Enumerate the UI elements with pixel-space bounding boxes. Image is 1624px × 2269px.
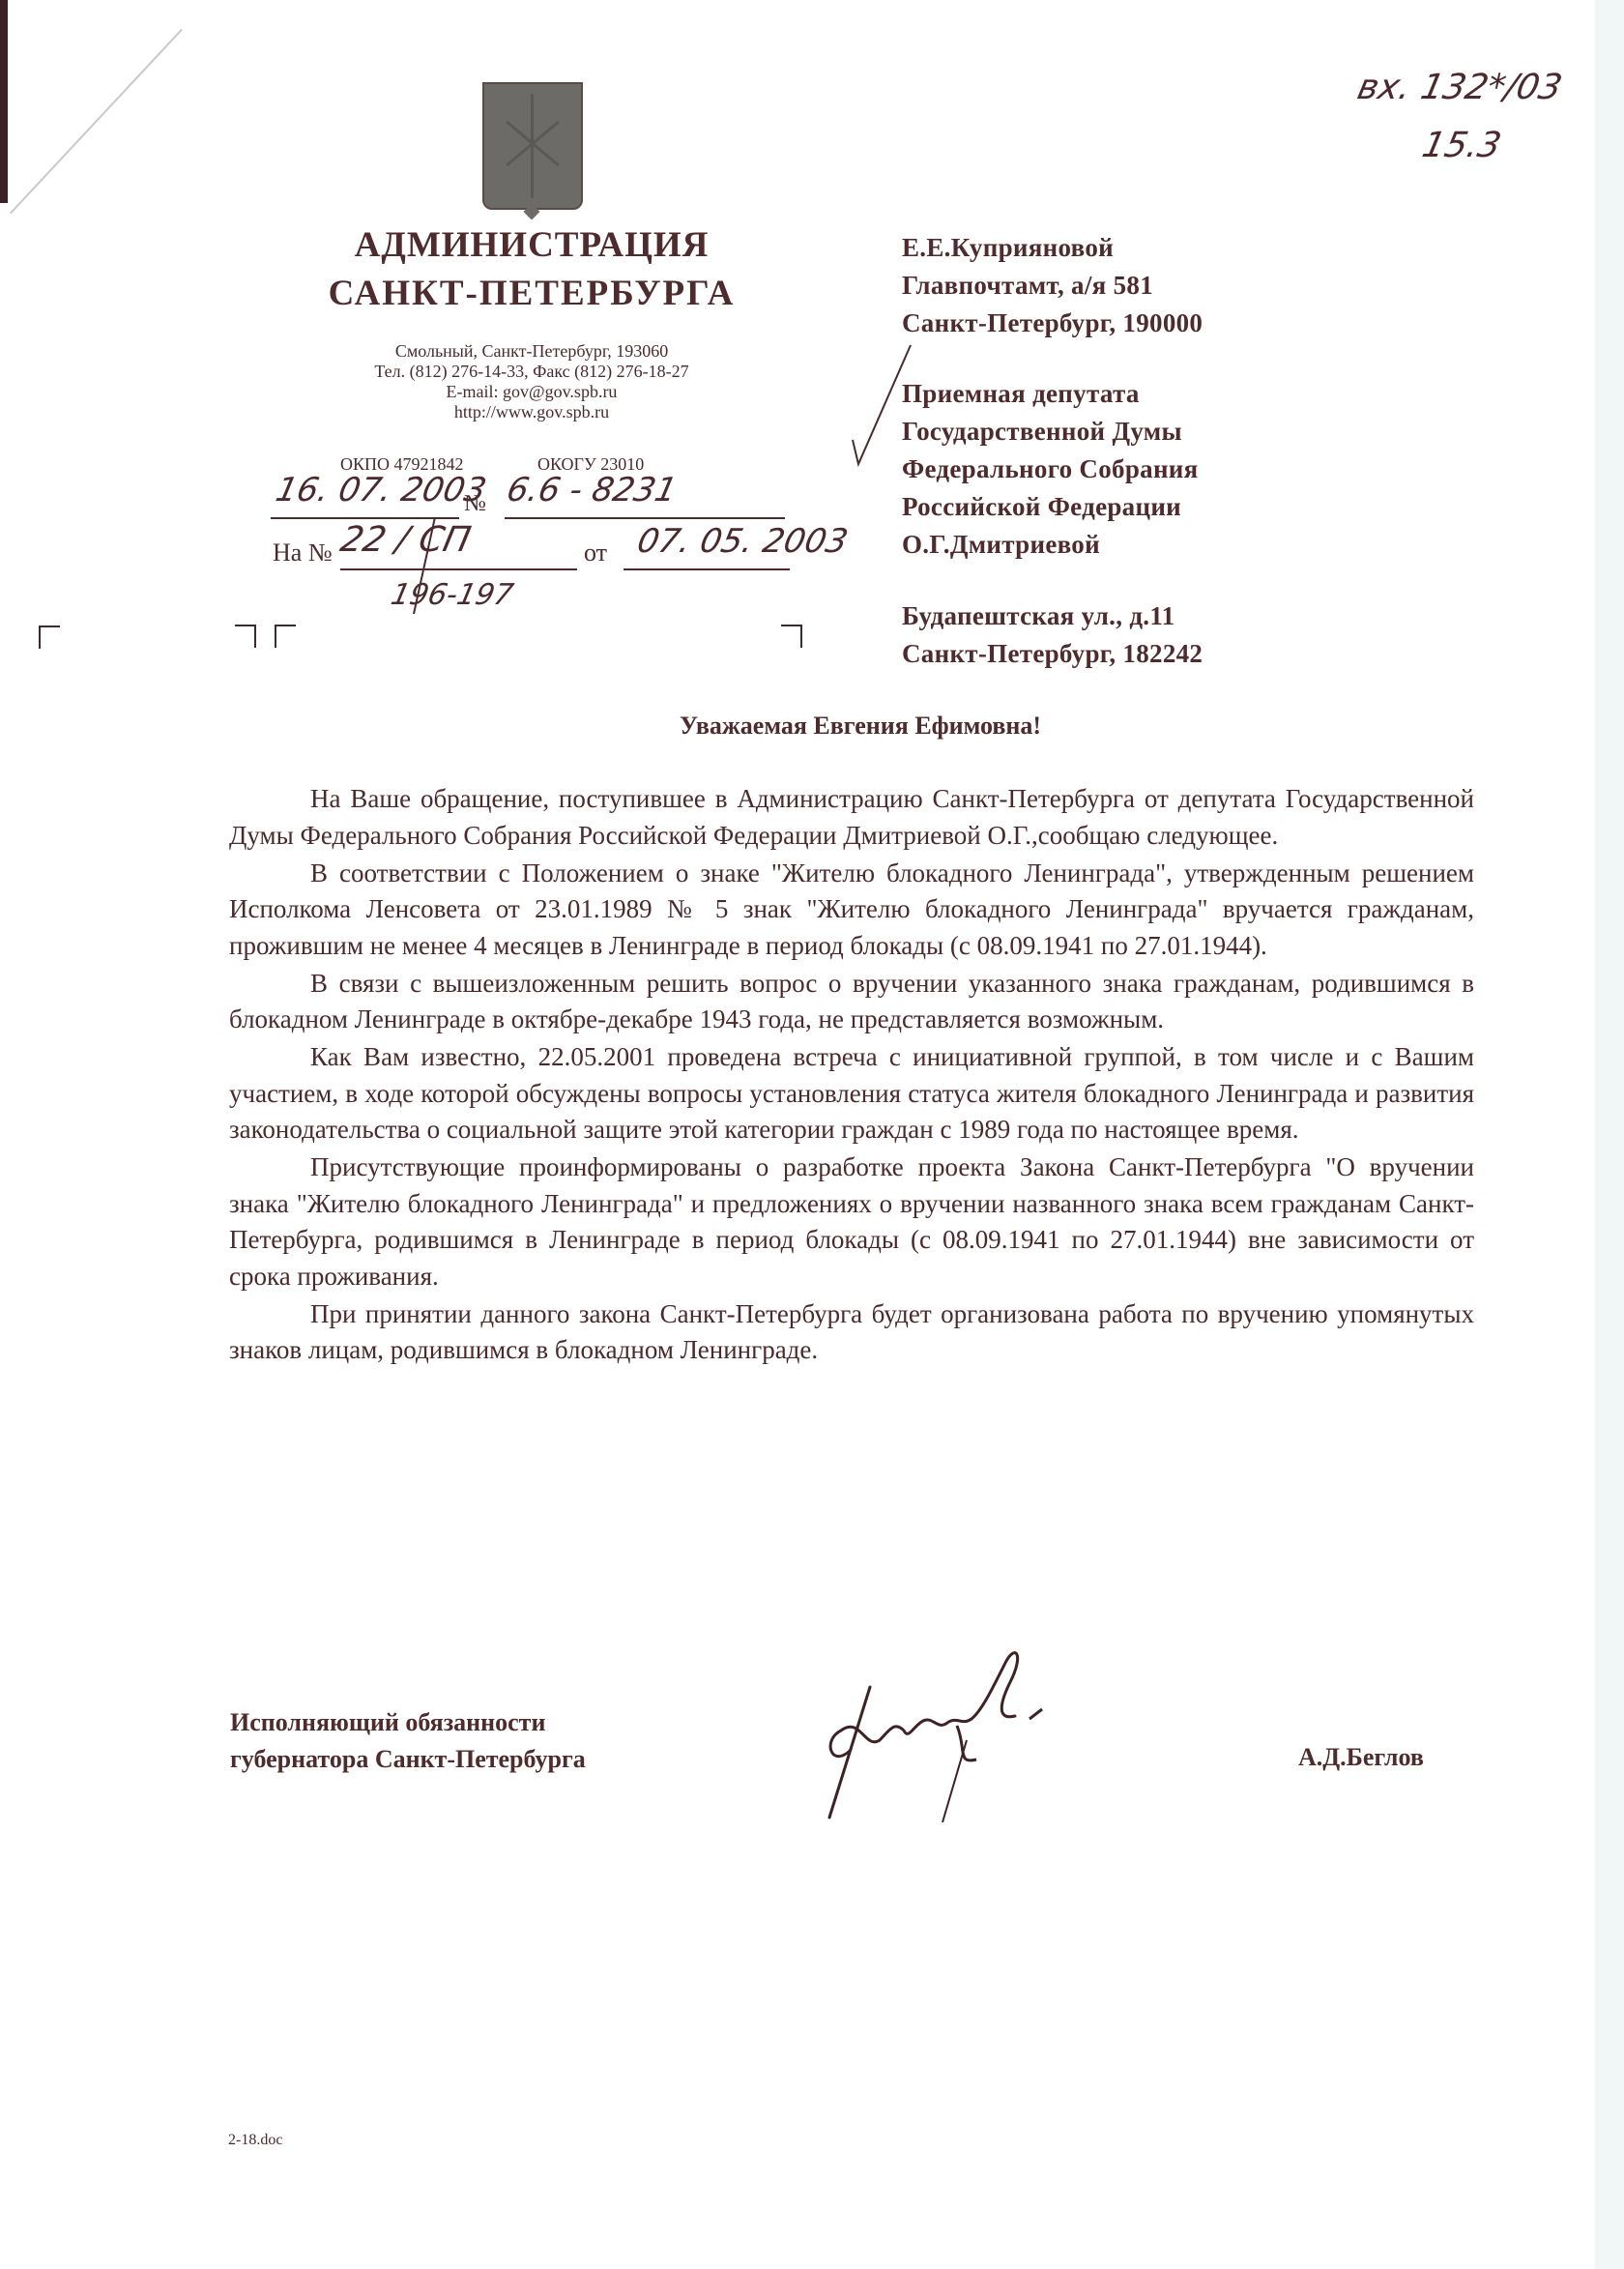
paper-fold-line [10, 29, 183, 215]
org-title-line1: АДМИНИСТРАЦИЯ [290, 224, 773, 266]
coat-of-arms-icon [482, 82, 583, 210]
addressee-recipient: Е.Е.Куприяновой Главпочтамт, а/я 581 Сан… [902, 229, 1203, 342]
body-paragraph: В связи с вышеизложенным решить вопрос о… [229, 966, 1474, 1038]
number-underline [505, 517, 785, 519]
outgoing-date: 16. 07. 2003 [273, 471, 490, 509]
signer-title: Исполняющий обязанности губернатора Санк… [230, 1704, 586, 1778]
reply-date: 07. 05. 2003 [634, 522, 852, 561]
from-label: от [584, 538, 607, 567]
slash-mark-icon [406, 512, 445, 619]
body-paragraph: При принятии данного закона Санкт-Петерб… [229, 1296, 1474, 1369]
addressee-deputy-office: Приемная депутата Государственной Думы Ф… [902, 375, 1199, 564]
number-label: № [464, 491, 486, 517]
org-address: Смольный, Санкт-Петербург, 193060 [290, 341, 773, 362]
address-corner-mark [235, 625, 256, 648]
body-paragraph: В соответствии с Положением о знаке "Жит… [229, 856, 1474, 965]
org-phone-fax: Тел. (812) 276-14-33, Факс (812) 276-18-… [290, 362, 773, 382]
document-file-name: 2-18.doc [228, 2132, 282, 2149]
address-corner-mark [781, 625, 802, 648]
handwritten-signature-icon [812, 1634, 1160, 1827]
reply-number-label: На № [273, 538, 333, 567]
letter-body: На Ваше обращение, поступившее в Админис… [229, 781, 1474, 1370]
reply-number-underline [340, 568, 577, 570]
scan-edge-shadow [0, 0, 8, 203]
incoming-number: вх. 132*/03 [1354, 68, 1566, 107]
org-email: E-mail: gov@gov.spb.ru [290, 382, 773, 402]
body-paragraph: На Ваше обращение, поступившее в Админис… [229, 781, 1474, 854]
addressee-street-address: Будапештская ул., д.11 Санкт-Петербург, … [902, 597, 1203, 673]
org-contacts: Смольный, Санкт-Петербург, 193060 Тел. (… [290, 341, 773, 422]
body-paragraph: Как Вам известно, 22.05.2001 проведена в… [229, 1039, 1474, 1149]
reply-date-underline [623, 568, 790, 570]
letter-page: АДМИНИСТРАЦИЯ САНКТ-ПЕТЕРБУРГА Смольный,… [0, 0, 1595, 2269]
body-paragraph: Присутствующие проинформированы о разраб… [229, 1149, 1474, 1294]
org-title-line2: САНКТ-ПЕТЕРБУРГА [290, 273, 773, 314]
salutation: Уважаемая Евгения Ефимовна! [222, 712, 1498, 741]
address-corner-mark [275, 625, 296, 648]
outgoing-number: 6.6 - 8231 [504, 471, 681, 509]
address-corner-mark [39, 625, 60, 649]
org-website: http://www.gov.spb.ru [290, 402, 773, 422]
signer-name: А.Д.Беглов [1298, 1743, 1424, 1772]
scanner-background-strip [1595, 0, 1624, 2269]
incoming-date: 15.3 [1419, 126, 1505, 165]
